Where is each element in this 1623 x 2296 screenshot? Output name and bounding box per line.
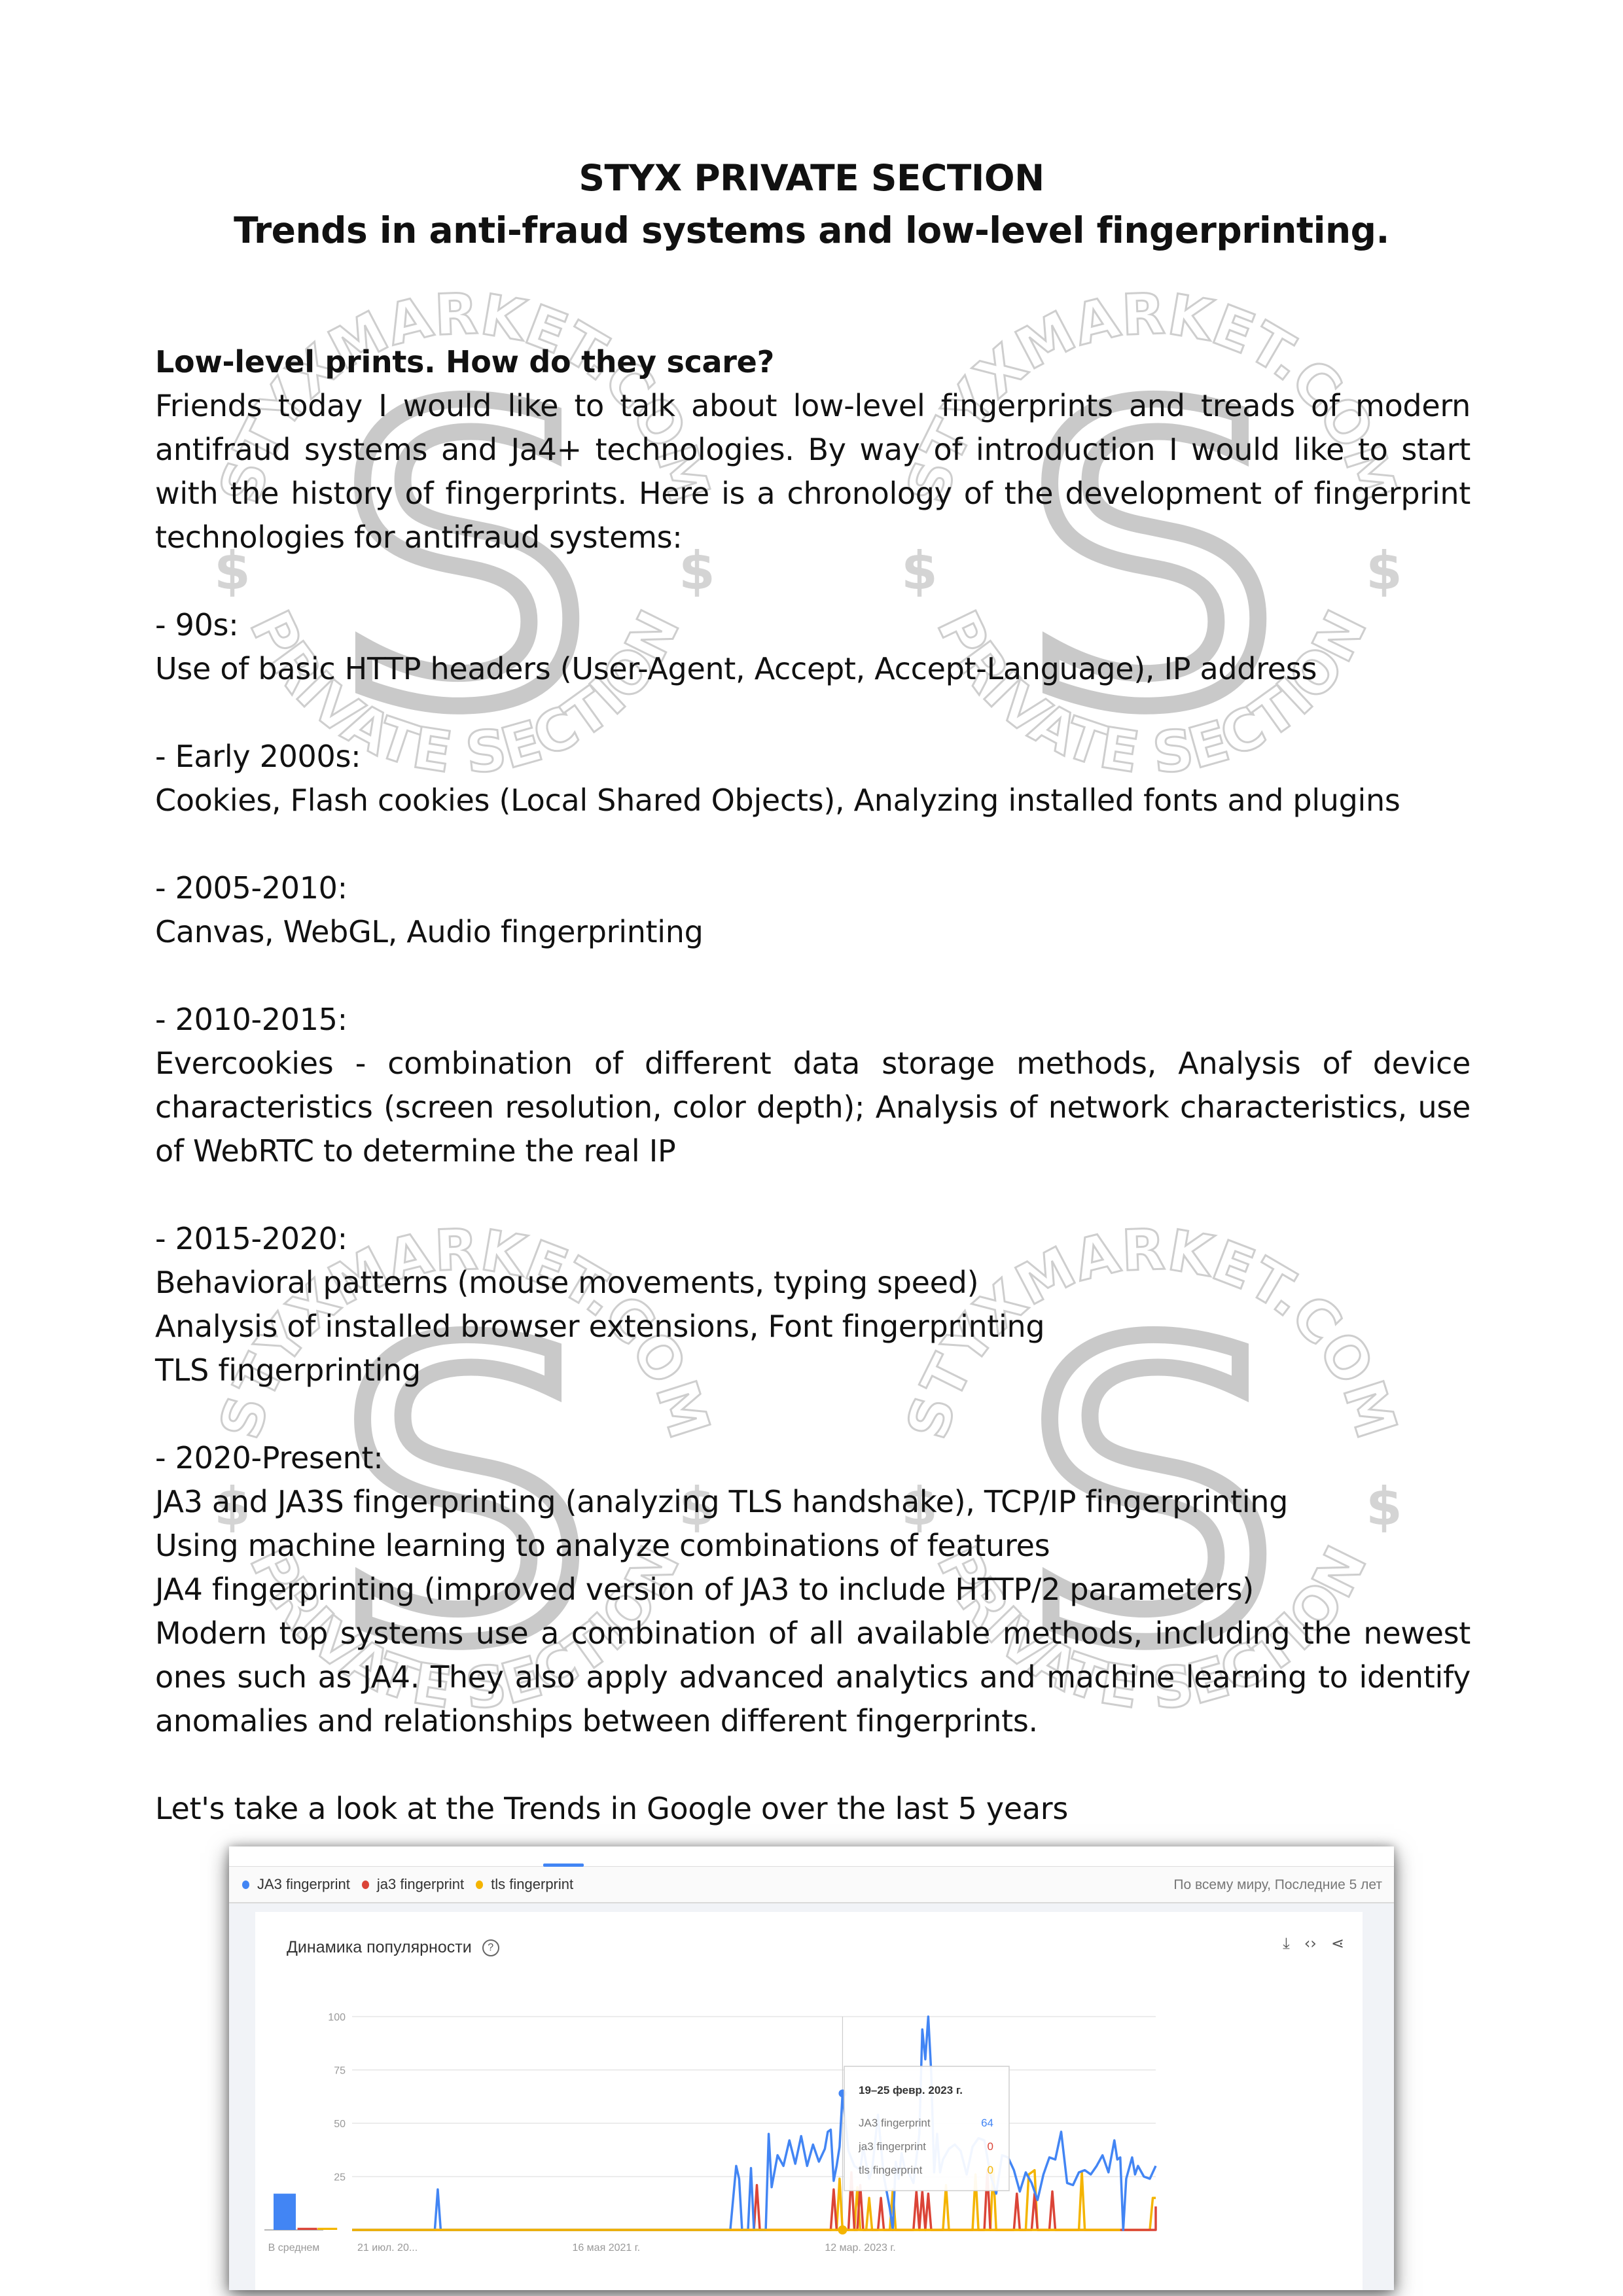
highlight-point <box>838 2225 847 2234</box>
legend-label: ja3 fingerprint <box>377 1876 464 1893</box>
legend-item[interactable]: ja3 fingerprint <box>362 1876 464 1893</box>
trends-topbar <box>229 1846 1394 1867</box>
svg-text:50: 50 <box>334 2119 346 2130</box>
scope-label[interactable]: По всему миру, Последние 5 лет <box>1173 1877 1382 1893</box>
average-bar <box>298 2228 317 2230</box>
article-body: Low-level prints. How do they scare? Fri… <box>155 340 1471 1831</box>
trend-chart[interactable]: 25507510021 июл. 20...16 мая 2021 г.12 м… <box>255 1912 1363 2290</box>
timeline-entry: Analysis of installed browser extensions… <box>155 1305 1471 1349</box>
timeline-entry: JA3 and JA3S fingerprinting (analyzing T… <box>155 1480 1471 1524</box>
legend-dot-icon <box>476 1881 483 1889</box>
timeline-period: - 2020-Present: <box>155 1436 1471 1480</box>
document-subtitle: Trends in anti-fraud systems and low-lev… <box>0 204 1623 256</box>
timeline-period: - 90s: <box>155 603 1471 647</box>
timeline-period: - 2015-2020: <box>155 1217 1471 1261</box>
timeline-period: - 2005-2010: <box>155 866 1471 910</box>
timeline-period: - 2010-2015: <box>155 998 1471 1042</box>
trends-screenshot: JA3 fingerprintja3 fingerprinttls finger… <box>229 1846 1394 2290</box>
timeline-entry: Using machine learning to analyze combin… <box>155 1524 1471 1568</box>
timeline: - 90s:Use of basic HTTP headers (User-Ag… <box>155 603 1471 1787</box>
svg-text:100: 100 <box>328 2012 346 2023</box>
timeline-entry: Evercookies - combination of different d… <box>155 1042 1471 1173</box>
legend-dot-icon <box>242 1881 249 1889</box>
legend-item[interactable]: JA3 fingerprint <box>242 1876 350 1893</box>
interest-over-time-card: Динамика популярности? ⤓‹›⋖ 25507510021 … <box>255 1912 1363 2290</box>
svg-text:75: 75 <box>334 2066 346 2077</box>
svg-text:JA3 fingerprint: JA3 fingerprint <box>859 2117 931 2129</box>
timeline-entry: TLS fingerprinting <box>155 1349 1471 1392</box>
timeline-entry: JA4 fingerprinting (improved version of … <box>155 1568 1471 1612</box>
timeline-period: - Early 2000s: <box>155 735 1471 779</box>
legend-dot-icon <box>362 1881 369 1889</box>
outro-paragraph: Let's take a look at the Trends in Googl… <box>155 1787 1471 1831</box>
average-bar <box>317 2228 337 2230</box>
svg-text:tls fingerprint: tls fingerprint <box>859 2164 923 2176</box>
svg-text:0: 0 <box>988 2140 993 2153</box>
svg-text:25: 25 <box>334 2172 346 2183</box>
svg-text:0: 0 <box>988 2164 993 2176</box>
svg-text:19–25 февр. 2023 г.: 19–25 февр. 2023 г. <box>859 2084 963 2096</box>
section-heading: Low-level prints. How do they scare? <box>155 340 1471 384</box>
legend-label: JA3 fingerprint <box>257 1876 350 1893</box>
intro-paragraph: Friends today I would like to talk about… <box>155 384 1471 559</box>
legend-item[interactable]: tls fingerprint <box>476 1876 573 1893</box>
timeline-entry: Behavioral patterns (mouse movements, ty… <box>155 1261 1471 1305</box>
svg-text:12 мар. 2023 г.: 12 мар. 2023 г. <box>825 2242 895 2253</box>
timeline-entry: Canvas, WebGL, Audio fingerprinting <box>155 910 1471 954</box>
timeline-entry: Modern top systems use a combination of … <box>155 1612 1471 1743</box>
timeline-entry: Use of basic HTTP headers (User-Agent, A… <box>155 647 1471 691</box>
timeline-entry: Cookies, Flash cookies (Local Shared Obj… <box>155 779 1471 822</box>
svg-text:16 мая 2021 г.: 16 мая 2021 г. <box>572 2242 640 2253</box>
svg-text:ja3 fingerprint: ja3 fingerprint <box>858 2140 926 2153</box>
document-title: STYX PRIVATE SECTION <box>0 152 1623 204</box>
svg-text:21 июл. 20...: 21 июл. 20... <box>357 2242 418 2253</box>
trends-legend-bar: JA3 fingerprintja3 fingerprinttls finger… <box>229 1867 1394 1903</box>
chart-tooltip: 19–25 февр. 2023 г.JA3 fingerprint64ja3 … <box>844 2066 1009 2191</box>
svg-text:64: 64 <box>981 2117 993 2129</box>
svg-text:В среднем: В среднем <box>268 2242 320 2253</box>
legend-label: tls fingerprint <box>491 1876 573 1893</box>
average-bar <box>274 2194 296 2230</box>
